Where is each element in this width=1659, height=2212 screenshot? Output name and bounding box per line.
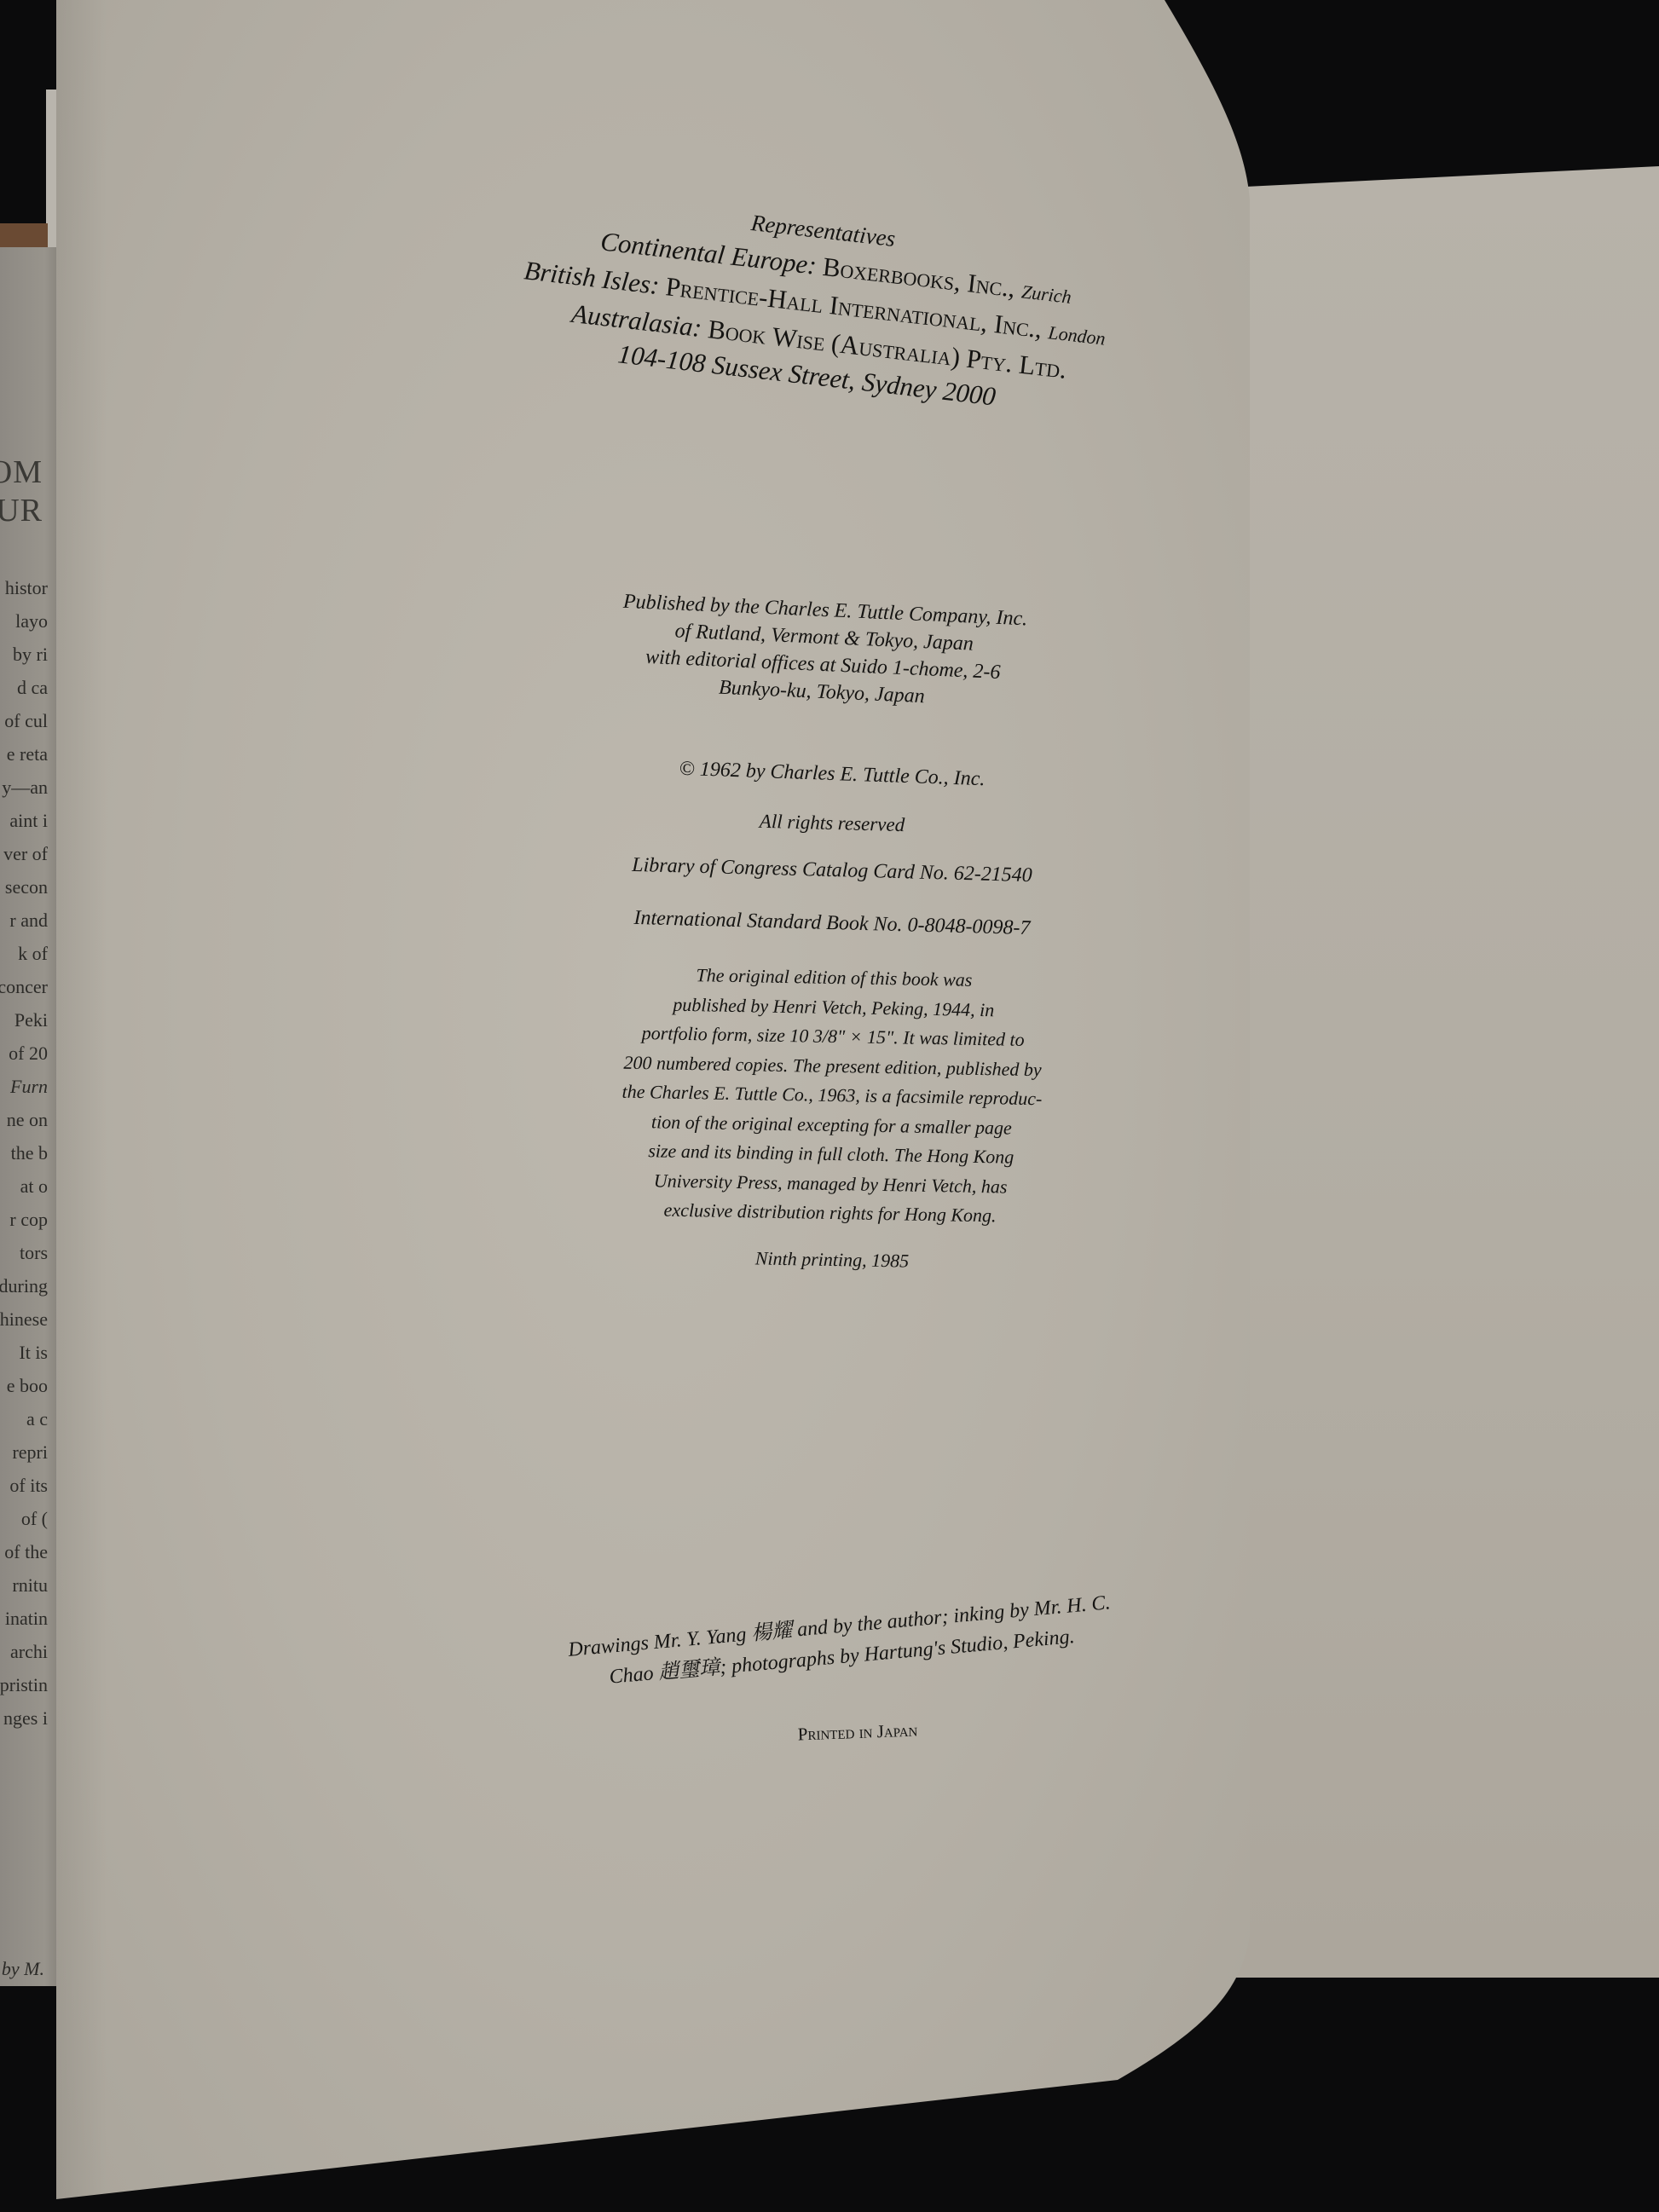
lccn-number: Library of Congress Catalog Card No. 62-… xyxy=(534,852,1130,890)
printing-note: Ninth printing, 1985 xyxy=(542,1244,1122,1276)
text-fragment: r and xyxy=(0,904,48,937)
text-fragment: r cop xyxy=(0,1203,48,1236)
cover-edge xyxy=(0,223,48,247)
text-fragment: nges i xyxy=(0,1701,48,1735)
rights-notice: All rights reserved xyxy=(542,805,1122,842)
isbn-number: International Standard Book No. 0-8048-0… xyxy=(534,904,1130,943)
rep-city: Zurich xyxy=(1020,280,1072,307)
text-fragment: It is xyxy=(0,1336,48,1369)
text-fragment: aint i xyxy=(0,804,48,837)
text-fragment: secon xyxy=(0,870,48,904)
text-fragment: concer xyxy=(0,970,48,1003)
text-fragment: archi xyxy=(0,1635,48,1668)
text-fragment: the b xyxy=(0,1136,48,1170)
text-fragment: tors xyxy=(0,1236,48,1269)
previous-page-body: histor layo by ri d ca of cul e reta y—a… xyxy=(0,571,48,1735)
text-fragment: of its xyxy=(0,1469,48,1502)
previous-page-heading-2: UR xyxy=(0,494,43,528)
previous-page-footer: by M. xyxy=(2,1952,44,1985)
text-fragment: Furn xyxy=(0,1070,48,1103)
text-fragment: ver of xyxy=(0,837,48,870)
printed-in: Printed in Japan xyxy=(568,1712,1147,1753)
rep-city: London xyxy=(1047,321,1107,349)
text-fragment: e reta xyxy=(0,737,48,771)
text-fragment: of 20 xyxy=(0,1037,48,1070)
text-fragment: a c xyxy=(0,1402,48,1435)
text-fragment: layo xyxy=(0,604,48,638)
copyright-notice: © 1962 by Charles E. Tuttle Co., Inc. xyxy=(542,753,1123,796)
text-fragment: of cul xyxy=(0,704,48,737)
text-fragment: pristin xyxy=(0,1668,48,1701)
previous-page: OOM UR histor layo by ri d ca of cul e r… xyxy=(0,247,56,1986)
text-fragment: by ri xyxy=(0,638,48,671)
text-fragment: ne on xyxy=(0,1103,48,1136)
photo-scene: OOM UR histor layo by ri d ca of cul e r… xyxy=(0,0,1659,2212)
previous-page-heading-1: OOM xyxy=(0,456,43,489)
text-fragment: e boo xyxy=(0,1369,48,1402)
text-fragment: hinese xyxy=(0,1302,48,1336)
text-fragment: at o xyxy=(0,1170,48,1203)
credits-block: Drawings Mr. Y. Yang 楊耀 and by the autho… xyxy=(498,1581,1182,1701)
text-fragment: Peki xyxy=(0,1003,48,1037)
text-fragment: d ca xyxy=(0,671,48,704)
text-fragment: of the xyxy=(0,1535,48,1568)
text-fragment: repri xyxy=(0,1435,48,1469)
text-fragment: of ( xyxy=(0,1502,48,1535)
text-fragment: rnitu xyxy=(0,1568,48,1602)
publisher-block: Published by the Charles E. Tuttle Compa… xyxy=(532,584,1116,719)
gutter-shadow xyxy=(56,0,107,2212)
text-fragment: inatin xyxy=(0,1602,48,1635)
text-fragment: histor xyxy=(0,571,48,604)
text-fragment: during xyxy=(0,1269,48,1302)
representatives-block: Representatives Continental Europe: Boxe… xyxy=(475,176,1156,430)
text-fragment: y—an xyxy=(0,771,48,804)
edition-note: The original edition of this book was pu… xyxy=(531,958,1132,1233)
text-fragment: k of xyxy=(0,937,48,970)
copyright-page: Representatives Continental Europe: Boxe… xyxy=(56,0,1250,2212)
